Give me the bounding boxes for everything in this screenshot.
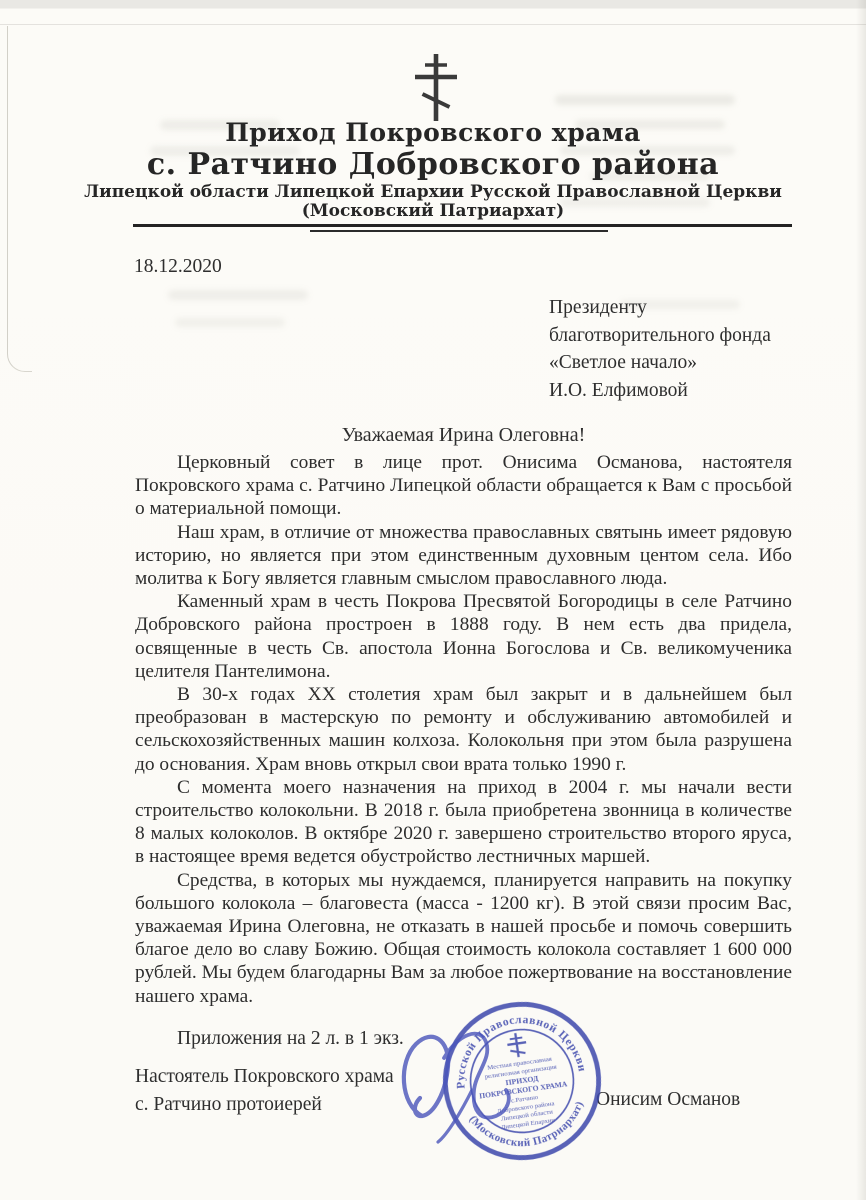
letterhead-line-4: (Московский Патриархат) — [0, 201, 866, 221]
body-paragraph: С момента моего назначения на приход в 2… — [135, 776, 792, 869]
bleedthrough-smudge — [175, 318, 285, 327]
body-paragraph: Каменный храм в честь Покрова Пресвятой … — [135, 590, 792, 683]
recipient-line: «Светлое начало» — [549, 349, 771, 377]
letter-body: Церковный совет в лице прот. Онисима Осм… — [135, 451, 792, 1008]
recipient-line: И.О. Елфимовой — [549, 377, 771, 405]
body-paragraph: Церковный совет в лице прот. Онисима Осм… — [135, 451, 792, 521]
scan-edge-line — [0, 24, 866, 25]
recipient-block: Президенту благотворительного фонда «Све… — [549, 294, 771, 404]
letterhead-line-1: Приход Покровского храма — [0, 118, 866, 147]
recipient-line: благотворительного фонда — [549, 322, 771, 350]
attachments-note: Приложения на 2 л. в 1 экз. — [177, 1028, 404, 1050]
recipient-line: Президенту — [549, 294, 771, 322]
scanned-letter-page: Приход Покровского храма с. Ратчино Добр… — [0, 0, 866, 1200]
bleedthrough-smudge — [168, 290, 308, 300]
bleedthrough-smudge — [555, 95, 735, 105]
letterhead-line-2: с. Ратчино Добровского района — [0, 147, 866, 182]
handwritten-signature-icon — [388, 1018, 538, 1153]
signoff-role-line: с. Ратчино протоиерей — [135, 1091, 394, 1119]
signoff-name: Онисим Османов — [596, 1089, 740, 1111]
body-paragraph: В 30-х годах XX столетия храм был закрыт… — [135, 683, 792, 776]
letterhead-rule-secondary — [310, 230, 608, 232]
signoff-role: Настоятель Покровского храма с. Ратчино … — [135, 1063, 394, 1118]
letter-date: 18.12.2020 — [134, 256, 222, 278]
signoff-role-line: Настоятель Покровского храма — [135, 1063, 394, 1091]
orthodox-cross-icon — [406, 50, 464, 126]
body-paragraph: Средства, в которых мы нуждаемся, планир… — [135, 869, 792, 1008]
body-paragraph: Наш храм, в отличие от множества правосл… — [135, 521, 792, 591]
salutation: Уважаемая Ирина Олеговна! — [135, 424, 792, 447]
letterhead-line-3: Липецкой области Липецкой Епархии Русско… — [0, 182, 866, 202]
letterhead-rule-main — [133, 224, 792, 227]
